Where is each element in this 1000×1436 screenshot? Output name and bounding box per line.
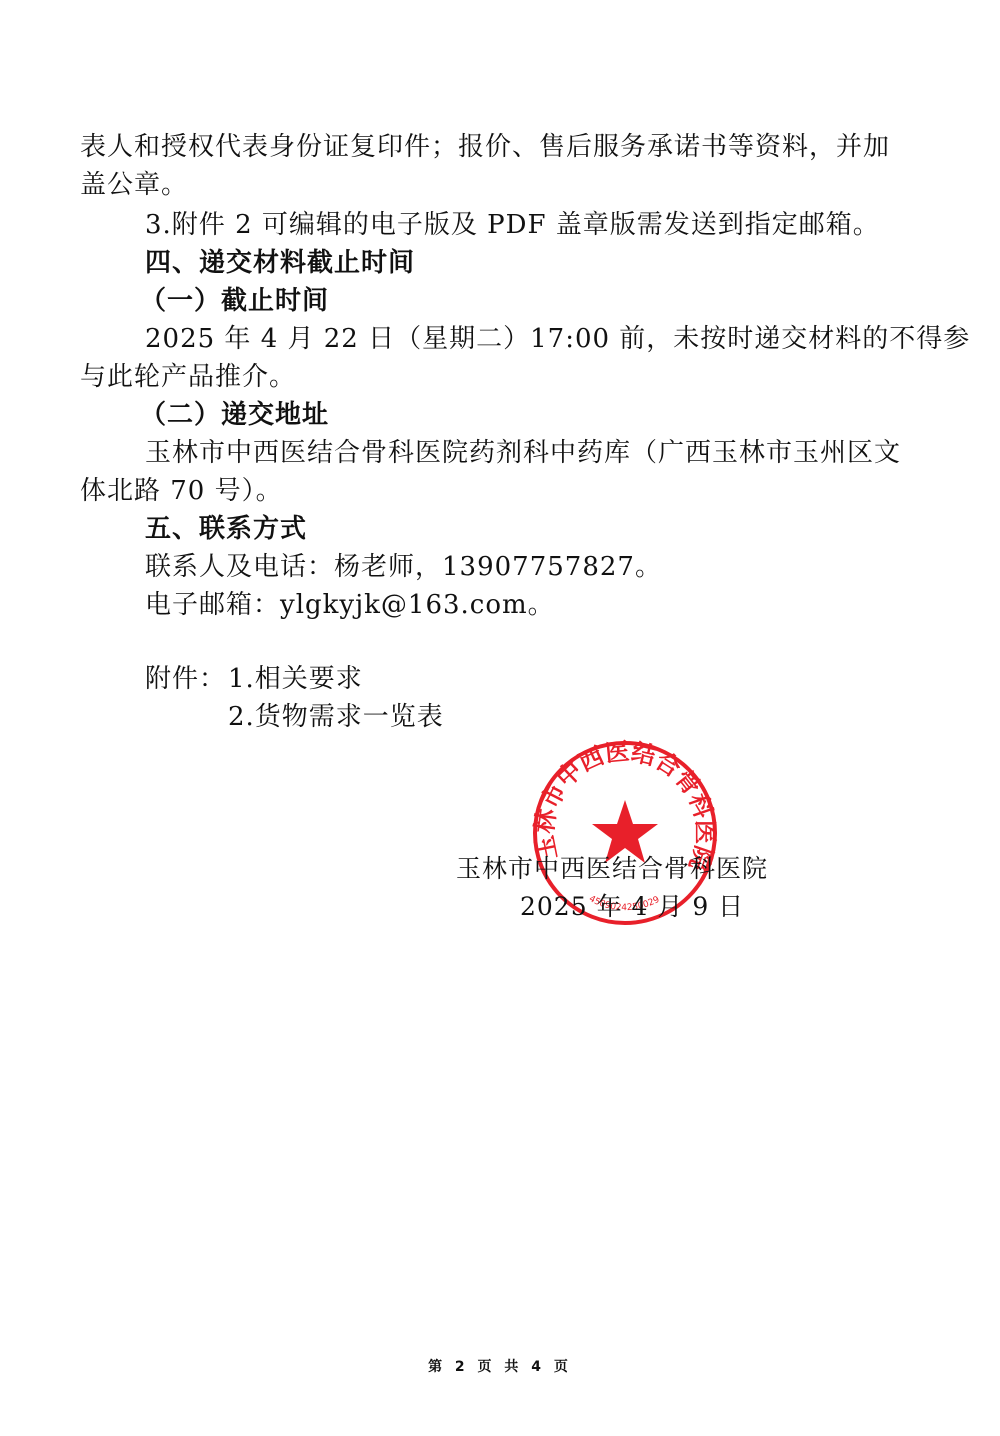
section-heading-4: 四、递交材料截止时间 [145,248,415,278]
signature-org: 玉林市中西医结合骨科医院 [456,854,768,884]
paragraph-line: 表人和授权代表身份证复印件；报价、售后服务承诺书等资料，并加 [80,132,890,162]
section-heading-5: 五、联系方式 [145,514,307,544]
signature-date: 2025 年 4 月 9 日 [520,892,744,922]
deadline-text: 2025 年 4 月 22 日（星期二）17:00 前，未按时递交材料的不得参 [145,324,970,354]
attachments-label: 附件： [145,664,226,694]
contact-email: 电子邮箱：ylgkyjk@163.com。 [145,590,555,620]
list-item-3: 3.附件 2 可编辑的电子版及 PDF 盖章版需发送到指定邮箱。 [145,210,880,240]
attachment-item-2: 2.货物需求一览表 [228,702,444,732]
attachment-item-1: 1.相关要求 [228,664,363,694]
subsection-heading-deadline: （一）截止时间 [140,286,329,316]
paragraph-line: 盖公章。 [80,170,188,200]
subsection-heading-address: （二）递交地址 [140,400,329,430]
deadline-text-cont: 与此轮产品推介。 [80,362,296,392]
document-page: 表人和授权代表身份证复印件；报价、售后服务承诺书等资料，并加 盖公章。 3.附件… [0,0,1000,1436]
address-text-cont: 体北路 70 号）。 [80,476,283,506]
page-number: 第 2 页 共 4 页 [0,1356,1000,1376]
contact-phone: 联系人及电话：杨老师，13907757827。 [145,552,662,582]
address-text: 玉林市中西医结合骨科医院药剂科中药库（广西玉林市玉州区文 [145,438,901,468]
